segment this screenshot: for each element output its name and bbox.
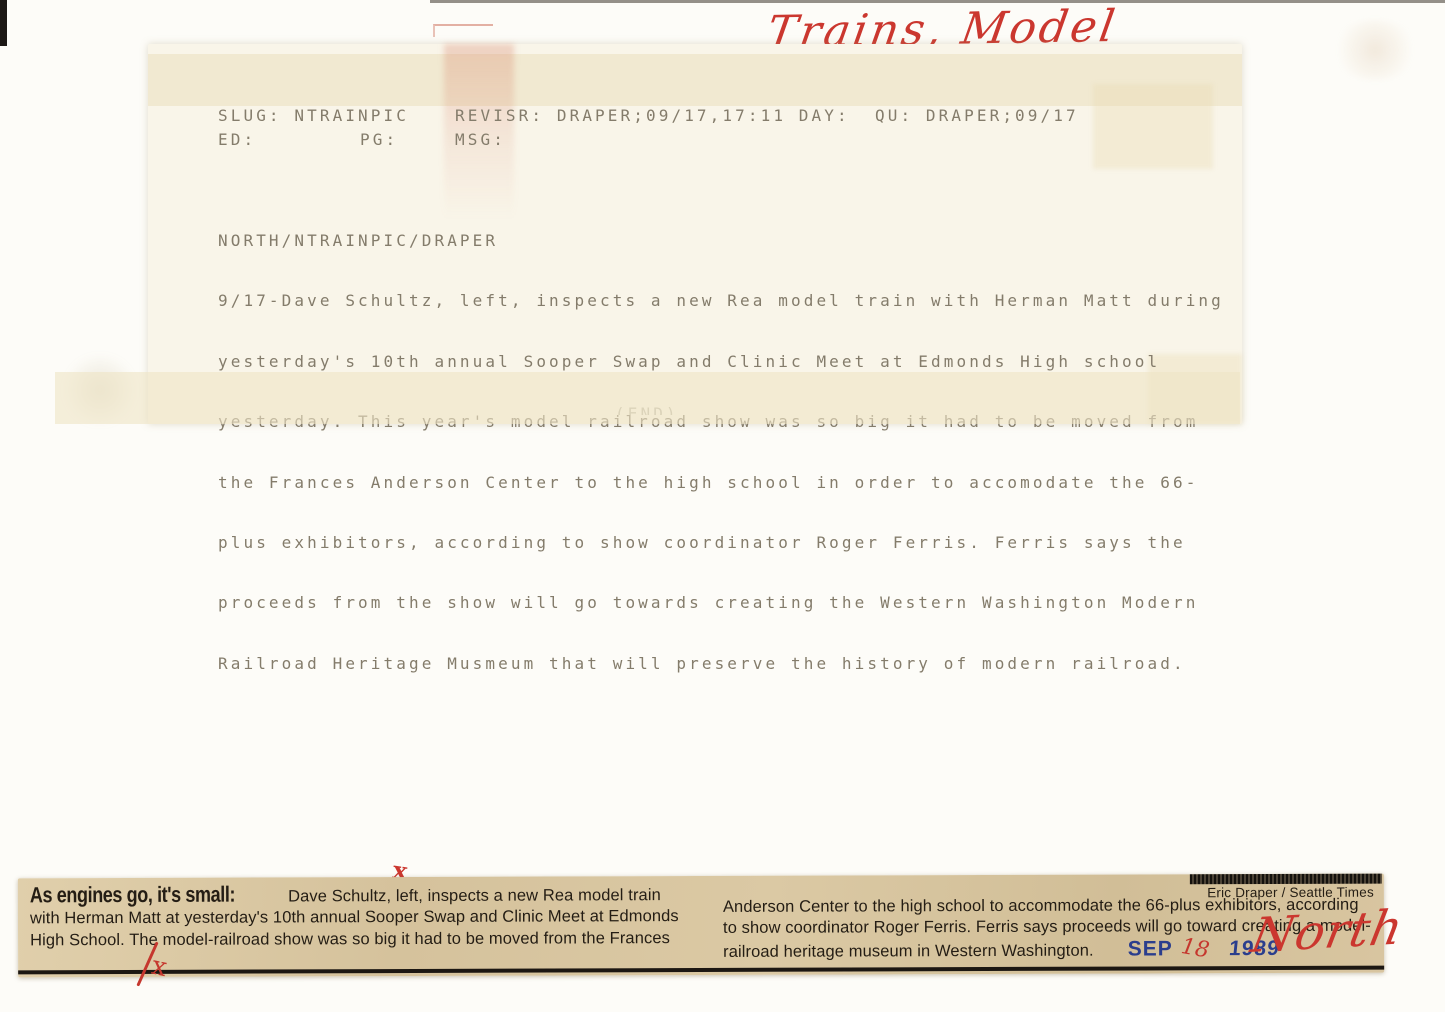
clipping-line: Dave Schultz, left, inspects a new Rea m… <box>288 885 661 908</box>
red-crop-mark <box>433 24 493 37</box>
handwritten-day: 18 <box>1179 936 1210 962</box>
tape-strip <box>1093 84 1213 169</box>
msg-field: MSG: <box>455 130 506 149</box>
revisr-field: REVISR: DRAPER;09/17,17:11 DAY: <box>455 106 850 125</box>
scan-top-edge <box>430 0 1445 3</box>
qu-field: QU: DRAPER;09/17 <box>875 106 1079 125</box>
handwritten-north-note: North <box>1247 900 1409 964</box>
slug-field: SLUG: NTRAINPIC <box>218 106 409 125</box>
caption-slip: SLUG: NTRAINPIC REVISR: DRAPER;09/17,17:… <box>148 44 1242 424</box>
tape-strip <box>55 372 1240 424</box>
clipping-line-text: railroad heritage museum in Western Wash… <box>723 940 1094 963</box>
photo-halftone-edge <box>1190 874 1382 885</box>
news-clipping: Eric Draper / Seattle Times As engines g… <box>18 874 1384 978</box>
caption-lead-in: As engines go, it's small: <box>30 882 235 909</box>
clipping-line: with Herman Matt at yesterday's 10th ann… <box>30 906 725 930</box>
caption-line: yesterday's 10th annual Sooper Swap and … <box>218 351 1224 373</box>
pg-field: PG: <box>360 130 398 149</box>
slugline: NORTH/NTRAINPIC/DRAPER <box>218 230 1224 252</box>
ed-field: ED: <box>218 130 256 149</box>
caption-line: proceeds from the show will go towards c… <box>218 592 1224 614</box>
caption-line: Railroad Heritage Musmeum that will pres… <box>218 653 1224 675</box>
typed-caption: NORTH/NTRAINPIC/DRAPER 9/17-Dave Schultz… <box>218 192 1224 713</box>
scan-corner-mark <box>0 0 7 46</box>
date-stamp-month: SEP <box>1128 938 1173 959</box>
paper-stain <box>1330 20 1420 80</box>
tape-strip <box>148 54 1242 106</box>
caption-line: plus exhibitors, according to show coord… <box>218 532 1224 554</box>
caption-line: 9/17-Dave Schultz, left, inspects a new … <box>218 290 1224 312</box>
clipping-left-column: As engines go, it's small: Dave Schultz,… <box>30 880 725 951</box>
clipping-line: High School. The model-railroad show was… <box>30 928 725 952</box>
clipping-bottom-rule <box>18 966 1384 975</box>
caption-line: the Frances Anderson Center to the high … <box>218 472 1224 494</box>
